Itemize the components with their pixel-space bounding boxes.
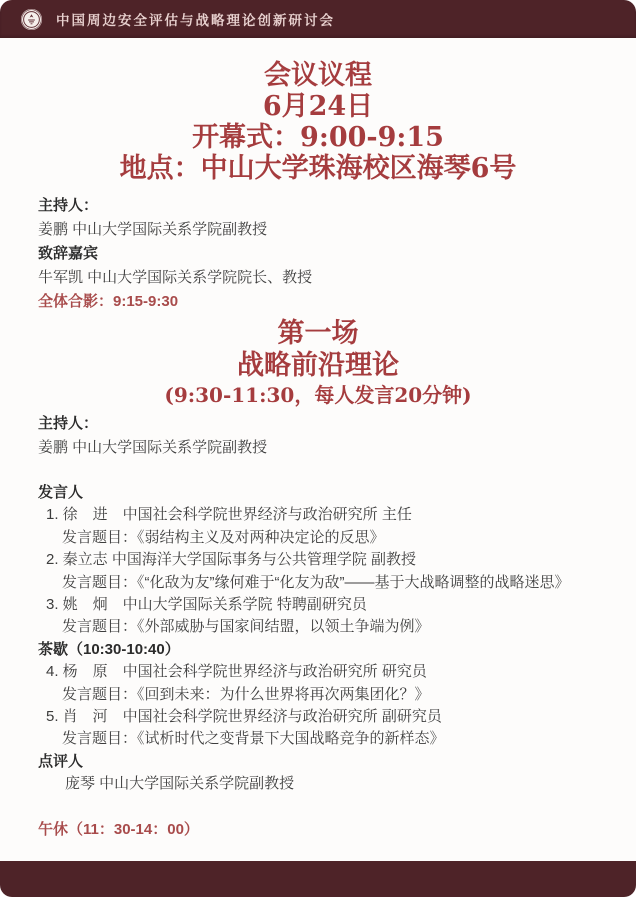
speakers-section: 发言人 1. 徐 进 中国社会科学院世界经济与政治研究所 主任发言题目：《弱结构…	[0, 482, 636, 796]
agenda-page: 中国周边安全评估与战略理论创新研讨会 会议议程6月24日开幕式：9:00-9:1…	[0, 0, 636, 897]
greeting-label: 致辞嘉宾	[38, 242, 606, 266]
group-photo-time: 全体合影：9:15-9:30	[38, 290, 606, 314]
agenda-entry: 发言题目：《回到未来：为什么世界将再次两集团化？》	[38, 684, 616, 706]
agenda-title-line: 地点：中山大学珠海校区海琴6号	[0, 153, 636, 184]
speakers-label: 发言人	[38, 482, 616, 504]
session-title-block: 第一场战略前沿理论(9:30-11:30，每人发言20分钟)	[0, 318, 636, 408]
opening-section: 主持人： 姜鹏 中山大学国际关系学院副教授 致辞嘉宾 牛军凯 中山大学国际关系学…	[0, 194, 636, 314]
session-host-label: 主持人：	[38, 412, 606, 436]
header-bar: 中国周边安全评估与战略理论创新研讨会	[0, 0, 636, 38]
agenda-entry: 发言题目：《外部威胁与国家间结盟，以领土争端为例》	[38, 616, 616, 638]
speakers-list: 1. 徐 进 中国社会科学院世界经济与政治研究所 主任发言题目：《弱结构主义及对…	[38, 504, 616, 750]
agenda-entry: 发言题目：《试析时代之变背景下大国战略竞争的新样态》	[38, 728, 616, 750]
agenda-entry: 5. 肖 河 中国社会科学院世界经济与政治研究所 副研究员	[38, 706, 616, 728]
commenter-label: 点评人	[38, 751, 616, 773]
commenter-name: 庞琴 中山大学国际关系学院副教授	[38, 773, 616, 795]
header-title: 中国周边安全评估与战略理论创新研讨会	[56, 9, 335, 29]
host-label: 主持人：	[38, 194, 606, 218]
session-host-section: 主持人： 姜鹏 中山大学国际关系学院副教授	[0, 412, 636, 460]
agenda-entry: 茶歇（10:30-10:40）	[38, 639, 616, 661]
conference-seal-icon	[20, 8, 43, 31]
session-title-line: (9:30-11:30，每人发言20分钟)	[0, 382, 636, 408]
lunch-break: 午休（11：30-14：00）	[0, 818, 636, 839]
footer-bar	[0, 861, 636, 897]
agenda-title-block: 会议议程6月24日开幕式：9:00-9:15地点：中山大学珠海校区海琴6号	[0, 60, 636, 184]
greeting-guest: 牛军凯 中山大学国际关系学院院长、教授	[38, 266, 606, 290]
agenda-entry: 3. 姚 炯 中山大学国际关系学院 特聘副研究员	[38, 594, 616, 616]
agenda-title-line: 开幕式：9:00-9:15	[0, 122, 636, 153]
agenda-entry: 发言题目：《弱结构主义及对两种决定论的反思》	[38, 527, 616, 549]
agenda-entry: 1. 徐 进 中国社会科学院世界经济与政治研究所 主任	[38, 504, 616, 526]
agenda-entry: 发言题目：《“化敌为友”缘何难于“化友为敌”——基于大战略调整的战略迷思》	[38, 572, 616, 594]
session-title-line: 战略前沿理论	[0, 350, 636, 382]
agenda-entry: 2. 秦立志 中国海洋大学国际事务与公共管理学院 副教授	[38, 549, 616, 571]
session-title-line: 第一场	[0, 318, 636, 350]
agenda-title-line: 6月24日	[0, 91, 636, 122]
host-name: 姜鹏 中山大学国际关系学院副教授	[38, 218, 606, 242]
agenda-title-line: 会议议程	[0, 60, 636, 91]
agenda-entry: 4. 杨 原 中国社会科学院世界经济与政治研究所 研究员	[38, 661, 616, 683]
session-host-name: 姜鹏 中山大学国际关系学院副教授	[38, 436, 606, 460]
